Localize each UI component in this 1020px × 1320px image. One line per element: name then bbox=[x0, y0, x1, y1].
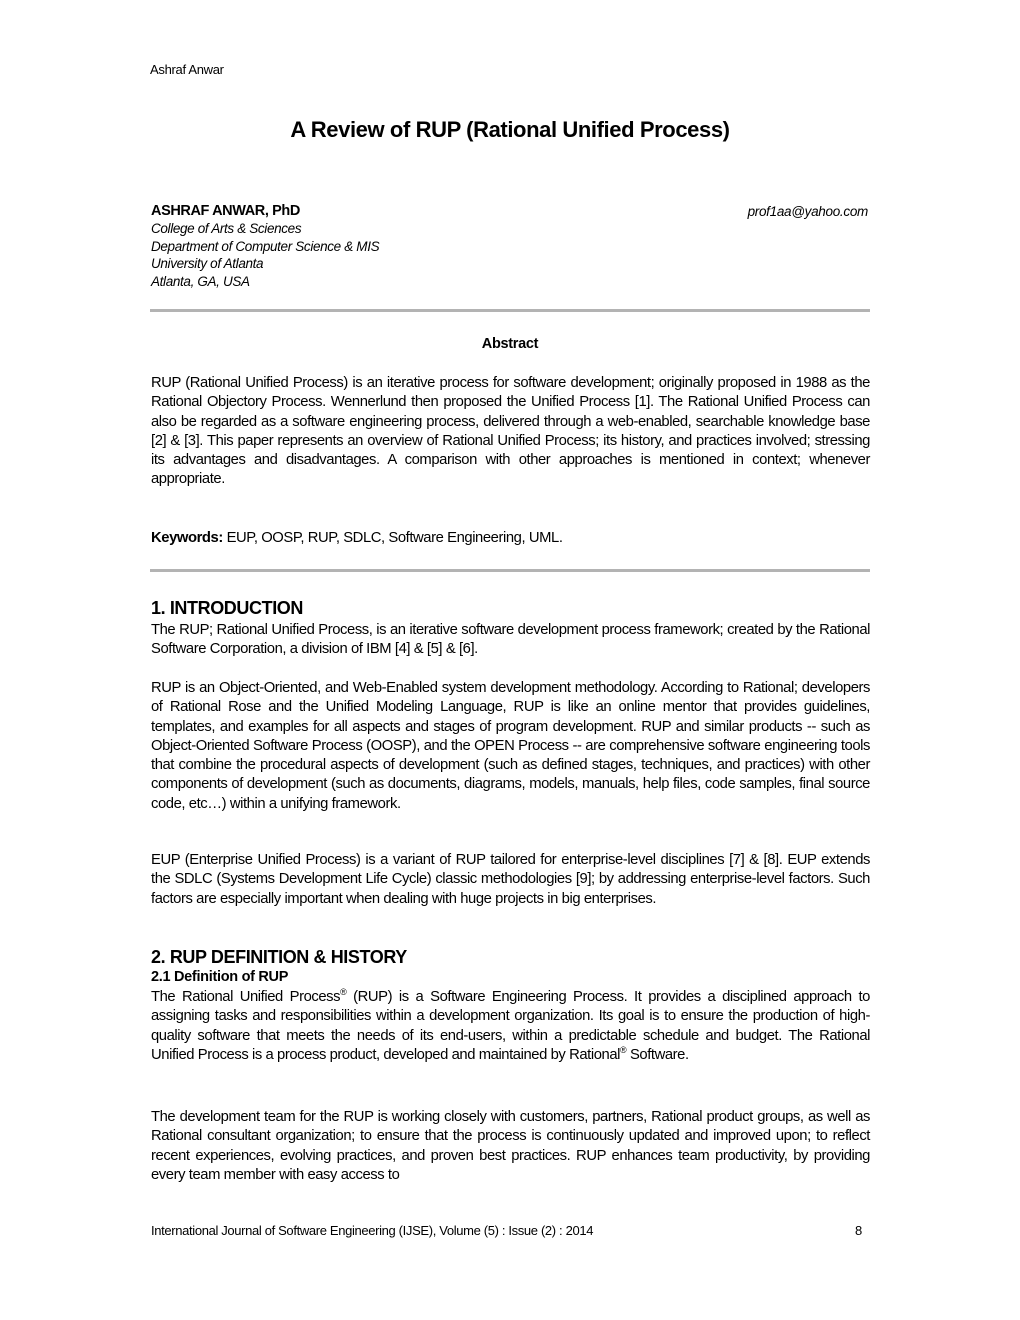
affiliation-department: Department of Computer Science & MIS bbox=[151, 238, 379, 256]
paper-title: A Review of RUP (Rational Unified Proces… bbox=[0, 117, 1020, 143]
development-team-paragraph: The development team for the RUP is work… bbox=[151, 1108, 870, 1185]
running-head: Ashraf Anwar bbox=[150, 62, 224, 77]
intro-paragraph-3: EUP (Enterprise Unified Process) is a va… bbox=[151, 851, 870, 909]
section-heading-definition-history: 2. RUP DEFINITION & HISTORY bbox=[151, 947, 407, 968]
divider-top bbox=[150, 309, 870, 312]
keywords-label: Keywords: bbox=[151, 530, 223, 546]
definition-text-3: Software. bbox=[626, 1047, 688, 1063]
intro-paragraph-2: RUP is an Object-Oriented, and Web-Enabl… bbox=[151, 679, 870, 814]
abstract-heading: Abstract bbox=[0, 336, 1020, 352]
section-heading-introduction: 1. INTRODUCTION bbox=[151, 598, 303, 619]
affiliation-location: Atlanta, GA, USA bbox=[151, 273, 379, 291]
affiliation-university: University of Atlanta bbox=[151, 255, 379, 273]
page-number: 8 bbox=[855, 1223, 862, 1238]
author-email[interactable]: prof1aa@yahoo.com bbox=[748, 204, 868, 219]
intro-paragraph-1: The RUP; Rational Unified Process, is an… bbox=[151, 621, 870, 660]
definition-paragraph: The Rational Unified Process® (RUP) is a… bbox=[151, 988, 870, 1065]
keywords: Keywords: EUP, OOSP, RUP, SDLC, Software… bbox=[151, 529, 870, 548]
abstract-text: RUP (Rational Unified Process) is an ite… bbox=[151, 374, 870, 490]
affiliation-college: College of Arts & Sciences bbox=[151, 220, 379, 238]
definition-text-1: The Rational Unified Process bbox=[151, 989, 340, 1005]
divider-bottom bbox=[150, 569, 870, 572]
keywords-list: EUP, OOSP, RUP, SDLC, Software Engineeri… bbox=[227, 530, 563, 546]
journal-footer: International Journal of Software Engine… bbox=[151, 1223, 593, 1238]
subsection-heading-definition: 2.1 Definition of RUP bbox=[151, 969, 288, 985]
author-affiliation: College of Arts & Sciences Department of… bbox=[151, 220, 379, 291]
author-name: ASHRAF ANWAR, PhD bbox=[151, 203, 300, 219]
